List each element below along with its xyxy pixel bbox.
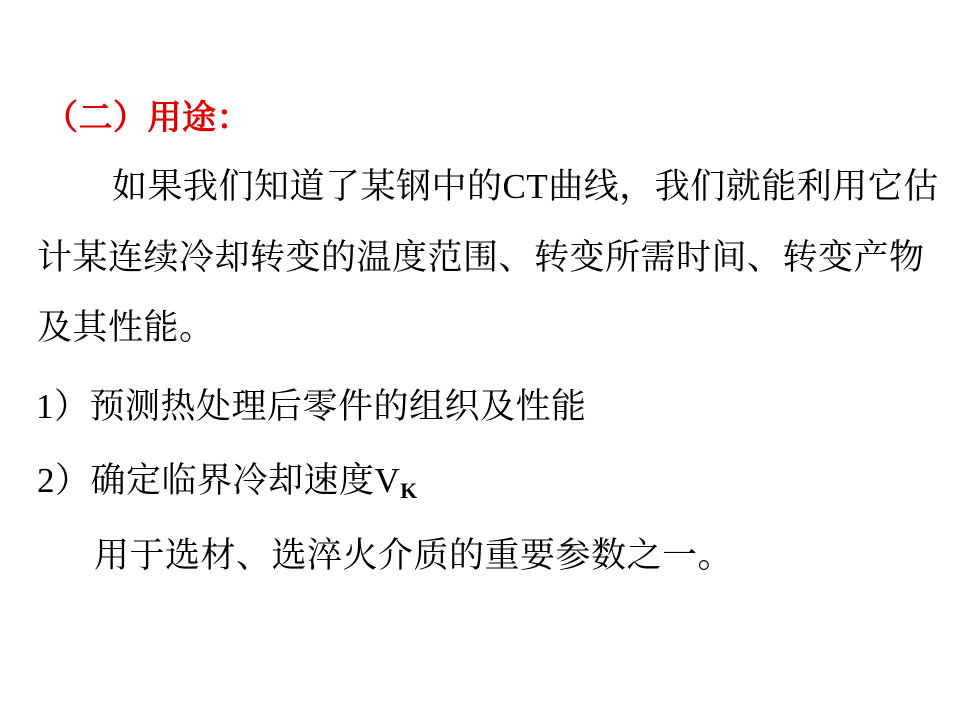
presentation-slide: （二）用途： 如果我们知道了某钢中的CT曲线，我们就能利用它估 计某连续冷却转变…	[0, 0, 960, 720]
paragraph-line-1: 如果我们知道了某钢中的CT曲线，我们就能利用它估	[112, 166, 939, 208]
paragraph-line-2: 计某连续冷却转变的温度范围、转变所需时间、转变产物	[37, 237, 925, 279]
list-item-2: 2）确定临界冷却速度VK	[37, 460, 418, 502]
list-item-3-note: 用于选材、选淬火介质的重要参数之一。	[94, 535, 733, 577]
list-item-1: 1）预测热处理后零件的组织及性能	[36, 386, 587, 428]
slide-heading: （二）用途：	[44, 90, 251, 139]
vk-subscript: K	[400, 479, 417, 503]
list-item-2-text: 2）确定临界冷却速度V	[37, 461, 400, 500]
paragraph-line-3: 及其性能。	[37, 307, 215, 349]
